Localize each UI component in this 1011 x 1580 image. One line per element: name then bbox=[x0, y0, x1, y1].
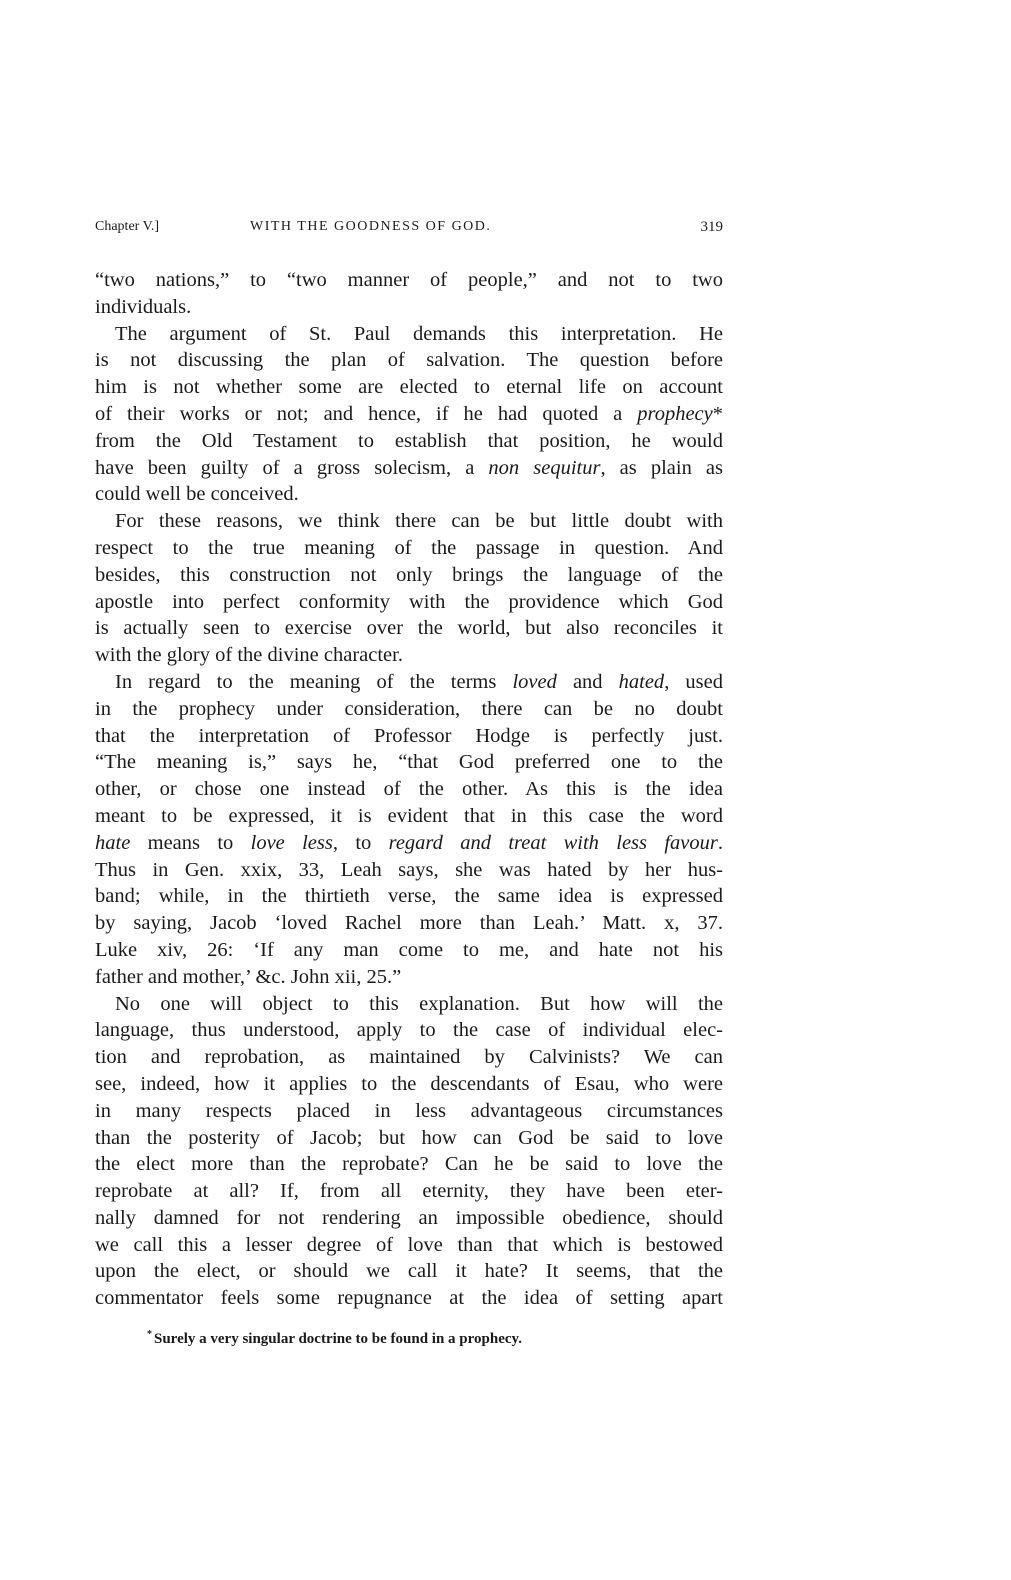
text-line: tion and reprobation, as maintained by C… bbox=[95, 1044, 723, 1071]
text-run: For these reasons, we think there can be… bbox=[115, 510, 723, 532]
text-line: reprobate at all? If, from all eternity,… bbox=[95, 1178, 723, 1205]
text-run: , used bbox=[664, 671, 723, 693]
text-line: “The meaning is,” says he, “that God pre… bbox=[95, 749, 723, 776]
text-run: see, indeed, how it applies to the desce… bbox=[95, 1073, 723, 1095]
text-line: language, thus understood, apply to the … bbox=[95, 1017, 723, 1044]
text-run: Thus in Gen. xxix, 33, Leah says, she wa… bbox=[95, 859, 723, 881]
text-run: other, or chose one instead of the other… bbox=[95, 778, 723, 800]
text-run: is not discussing the plan of salvation.… bbox=[95, 349, 723, 371]
text-line: the elect more than the reprobate? Can h… bbox=[95, 1151, 723, 1178]
text-run: individuals. bbox=[95, 296, 191, 318]
text-line: with the glory of the divine character. bbox=[95, 642, 723, 669]
page-number: 319 bbox=[701, 214, 724, 240]
text-run: by saying, Jacob ‘loved Rachel more than… bbox=[95, 912, 723, 934]
text-line: other, or chose one instead of the other… bbox=[95, 776, 723, 803]
book-page: Chapter V.] WITH THE GOODNESS OF GOD. 31… bbox=[95, 214, 723, 1350]
text-run: is actually seen to exercise over the wo… bbox=[95, 617, 723, 639]
text-line: see, indeed, how it applies to the desce… bbox=[95, 1071, 723, 1098]
text-run: respect to the true meaning of the passa… bbox=[95, 537, 723, 559]
text-run: in many respects placed in less advantag… bbox=[95, 1100, 723, 1122]
text-line: by saying, Jacob ‘loved Rachel more than… bbox=[95, 910, 723, 937]
text-run: , as plain as bbox=[600, 457, 723, 479]
text-run: than the posterity of Jacob; but how can… bbox=[95, 1127, 723, 1149]
text-run: * bbox=[713, 403, 723, 425]
text-run: The argument of St. Paul demands this in… bbox=[115, 323, 723, 345]
text-run: “The meaning is,” says he, “that God pre… bbox=[95, 751, 723, 773]
text-run: from the Old Testament to establish that… bbox=[95, 430, 723, 452]
text-run: have been guilty of a gross solecism, a bbox=[95, 457, 488, 479]
text-line: apostle into perfect conformity with the… bbox=[95, 589, 723, 616]
text-line: father and mother,’ &c. John xii, 25.” bbox=[95, 964, 723, 991]
text-run: we call this a lesser degree of love tha… bbox=[95, 1234, 723, 1256]
text-line: besides, this construction not only brin… bbox=[95, 562, 723, 589]
text-run: band; while, in the thirtieth verse, the… bbox=[95, 885, 723, 907]
text-line: For these reasons, we think there can be… bbox=[95, 508, 723, 535]
text-line: in the prophecy under consideration, the… bbox=[95, 696, 723, 723]
text-run: tion and reprobation, as maintained by C… bbox=[95, 1046, 723, 1068]
italic-text: love less bbox=[251, 832, 333, 854]
text-line: from the Old Testament to establish that… bbox=[95, 428, 723, 455]
text-line: meant to be expressed, it is evident tha… bbox=[95, 803, 723, 830]
text-line: In regard to the meaning of the terms lo… bbox=[95, 669, 723, 696]
text-line: nally damned for not rendering an imposs… bbox=[95, 1205, 723, 1232]
text-run: upon the elect, or should we call it hat… bbox=[95, 1260, 723, 1282]
text-line: commentator feels some repugnance at the… bbox=[95, 1285, 723, 1312]
footnote-text: Surely a very singular doctrine to be fo… bbox=[154, 1331, 522, 1347]
text-run: , to bbox=[333, 832, 389, 854]
text-line: No one will object to this explanation. … bbox=[95, 991, 723, 1018]
italic-text: hate bbox=[95, 832, 130, 854]
text-run: reprobate at all? If, from all eternity,… bbox=[95, 1180, 723, 1202]
footnote-mark: * bbox=[147, 1329, 152, 1340]
text-run: “two nations,” to “two manner of people,… bbox=[95, 269, 723, 291]
text-line: we call this a lesser degree of love tha… bbox=[95, 1232, 723, 1259]
text-run: him is not whether some are elected to e… bbox=[95, 376, 723, 398]
text-line: upon the elect, or should we call it hat… bbox=[95, 1258, 723, 1285]
text-line: The argument of St. Paul demands this in… bbox=[95, 321, 723, 348]
text-line: could well be conceived. bbox=[95, 481, 723, 508]
text-line: have been guilty of a gross solecism, a … bbox=[95, 455, 723, 482]
text-run: of their works or not; and hence, if he … bbox=[95, 403, 637, 425]
text-run: Luke xiv, 26: ‘If any man come to me, an… bbox=[95, 939, 723, 961]
footnote: *Surely a very singular doctrine to be f… bbox=[95, 1324, 723, 1350]
running-title: WITH THE GOODNESS OF GOD. bbox=[250, 214, 491, 240]
text-run: . bbox=[718, 832, 723, 854]
italic-text: regard and treat with less favour bbox=[389, 832, 718, 854]
text-line: him is not whether some are elected to e… bbox=[95, 374, 723, 401]
text-line: Thus in Gen. xxix, 33, Leah says, she wa… bbox=[95, 857, 723, 884]
text-run: the elect more than the reprobate? Can h… bbox=[95, 1153, 723, 1175]
text-line: is actually seen to exercise over the wo… bbox=[95, 615, 723, 642]
text-line: than the posterity of Jacob; but how can… bbox=[95, 1125, 723, 1152]
body-text: “two nations,” to “two manner of people,… bbox=[95, 267, 723, 1312]
text-run: and bbox=[557, 671, 619, 693]
text-line: respect to the true meaning of the passa… bbox=[95, 535, 723, 562]
text-line: in many respects placed in less advantag… bbox=[95, 1098, 723, 1125]
text-run: in the prophecy under consideration, the… bbox=[95, 698, 723, 720]
text-run: could well be conceived. bbox=[95, 483, 299, 505]
text-line: hate means to love less, to regard and t… bbox=[95, 830, 723, 857]
text-run: No one will object to this explanation. … bbox=[115, 993, 723, 1015]
text-run: apostle into perfect conformity with the… bbox=[95, 591, 723, 613]
text-run: meant to be expressed, it is evident tha… bbox=[95, 805, 723, 827]
italic-text: prophecy bbox=[637, 403, 713, 425]
text-run: means to bbox=[130, 832, 250, 854]
text-line: of their works or not; and hence, if he … bbox=[95, 401, 723, 428]
text-run: In regard to the meaning of the terms bbox=[115, 671, 512, 693]
text-line: that the interpretation of Professor Hod… bbox=[95, 723, 723, 750]
text-run: nally damned for not rendering an imposs… bbox=[95, 1207, 723, 1229]
text-run: commentator feels some repugnance at the… bbox=[95, 1287, 723, 1309]
italic-text: loved bbox=[512, 671, 556, 693]
text-line: is not discussing the plan of salvation.… bbox=[95, 347, 723, 374]
text-line: individuals. bbox=[95, 294, 723, 321]
text-run: language, thus understood, apply to the … bbox=[95, 1019, 723, 1041]
text-run: father and mother,’ &c. John xii, 25.” bbox=[95, 966, 401, 988]
chapter-label: Chapter V.] bbox=[95, 214, 159, 240]
text-line: “two nations,” to “two manner of people,… bbox=[95, 267, 723, 294]
italic-text: non sequitur bbox=[488, 457, 600, 479]
running-head: Chapter V.] WITH THE GOODNESS OF GOD. 31… bbox=[95, 214, 723, 240]
text-line: band; while, in the thirtieth verse, the… bbox=[95, 883, 723, 910]
italic-text: hated bbox=[619, 671, 665, 693]
text-line: Luke xiv, 26: ‘If any man come to me, an… bbox=[95, 937, 723, 964]
text-run: that the interpretation of Professor Hod… bbox=[95, 725, 723, 747]
text-run: with the glory of the divine character. bbox=[95, 644, 403, 666]
text-run: besides, this construction not only brin… bbox=[95, 564, 723, 586]
